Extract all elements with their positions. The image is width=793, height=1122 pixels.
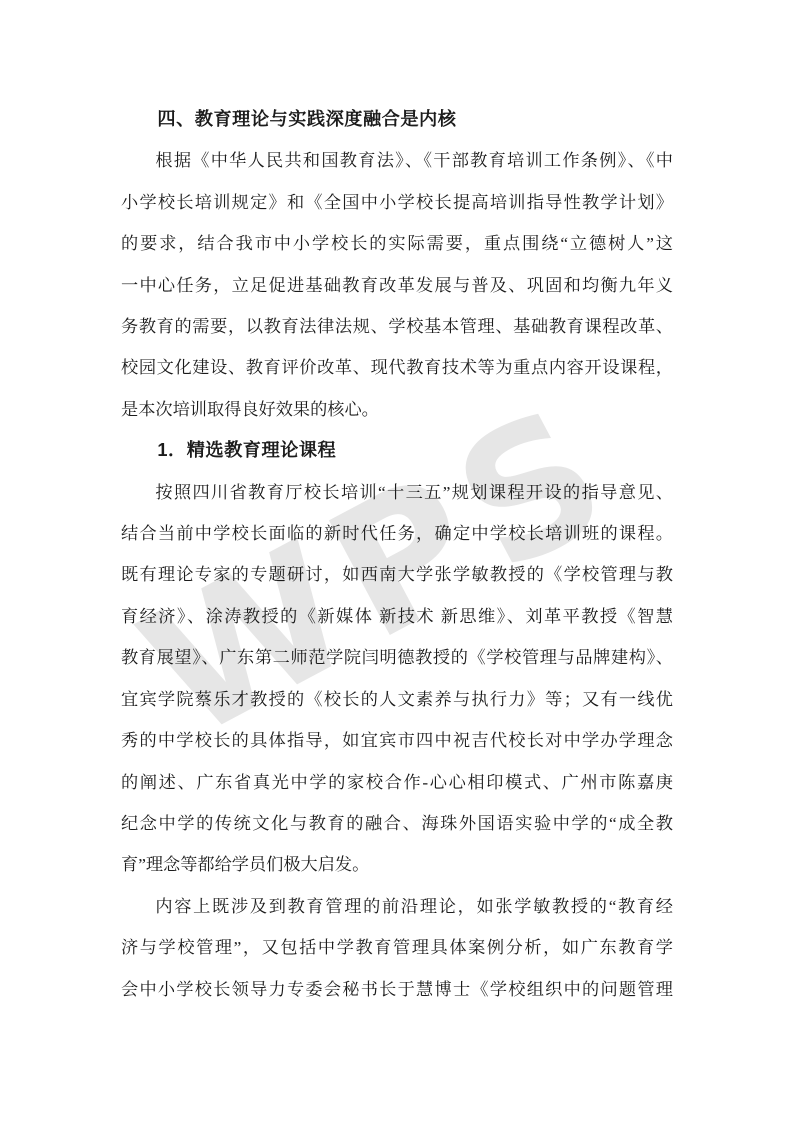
text-line: 济与学校管理”，又包括中学教育管理具体案例分析，如广东教育学 <box>121 927 673 968</box>
text-line: 的要求，结合我市中小学校长的实际需要，重点围绕“立德树人”这 <box>121 223 673 264</box>
text-line: 校园文化建设、教育评价改革、现代教育技术等为重点内容开设课程， <box>121 347 673 388</box>
text-line: 会中小学校长领导力专委会秘书长于慧博士《学校组织中的问题管理 <box>121 969 673 1010</box>
text-line: 纪念中学的传统文化与教育的融合、海珠外国语实验中学的“成全教 <box>121 803 673 844</box>
paragraph: 按照四川省教育厅校长培训“十三五”规划课程开设的指导意见、结合当前中学校长面临的… <box>121 472 673 886</box>
heading-line: 四、教育理论与实践深度融合是内核 <box>121 99 673 140</box>
document-page: WPS 四、教育理论与实践深度融合是内核根据《中华人民共和国教育法》、《干部教育… <box>0 0 793 1122</box>
section-heading: 1．精选教育理论课程 <box>121 430 673 471</box>
text-line: 根据《中华人民共和国教育法》、《干部教育培训工作条例》、《中 <box>121 140 673 181</box>
text-line: 育”理念等都给学员们极大启发。 <box>121 844 673 885</box>
document-content: 四、教育理论与实践深度融合是内核根据《中华人民共和国教育法》、《干部教育培训工作… <box>121 99 673 1010</box>
paragraph: 根据《中华人民共和国教育法》、《干部教育培训工作条例》、《中小学校长培训规定》和… <box>121 140 673 430</box>
text-line: 宜宾学院蔡乐才教授的《校长的人文素养与执行力》等；又有一线优 <box>121 679 673 720</box>
text-line: 育经济》、涂涛教授的《新媒体 新技术 新思维》、刘革平教授《智慧 <box>121 596 673 637</box>
text-line: 既有理论专家的专题研讨，如西南大学张学敏教授的《学校管理与教 <box>121 554 673 595</box>
text-line: 秀的中学校长的具体指导，如宜宾市四中祝吉代校长对中学办学理念 <box>121 720 673 761</box>
text-line: 的阐述、广东省真光中学的家校合作-心心相印模式、广州市陈嘉庚 <box>121 762 673 803</box>
text-line: 小学校长培训规定》和《全国中小学校长提高培训指导性教学计划》 <box>121 182 673 223</box>
heading-line: 1．精选教育理论课程 <box>121 430 673 471</box>
text-line: 是本次培训取得良好效果的核心。 <box>121 389 673 430</box>
text-line: 教育展望》、广东第二师范学院闫明德教授的《学校管理与品牌建构》、 <box>121 637 673 678</box>
text-line: 按照四川省教育厅校长培训“十三五”规划课程开设的指导意见、 <box>121 472 673 513</box>
text-line: 内容上既涉及到教育管理的前沿理论，如张学敏教授的“教育经 <box>121 886 673 927</box>
section-heading: 四、教育理论与实践深度融合是内核 <box>121 99 673 140</box>
text-line: 务教育的需要，以教育法律法规、学校基本管理、基础教育课程改革、 <box>121 306 673 347</box>
text-line: 一中心任务，立足促进基础教育改革发展与普及、巩固和均衡九年义 <box>121 265 673 306</box>
text-line: 结合当前中学校长面临的新时代任务，确定中学校长培训班的课程。 <box>121 513 673 554</box>
paragraph: 内容上既涉及到教育管理的前沿理论，如张学敏教授的“教育经济与学校管理”，又包括中… <box>121 886 673 1010</box>
